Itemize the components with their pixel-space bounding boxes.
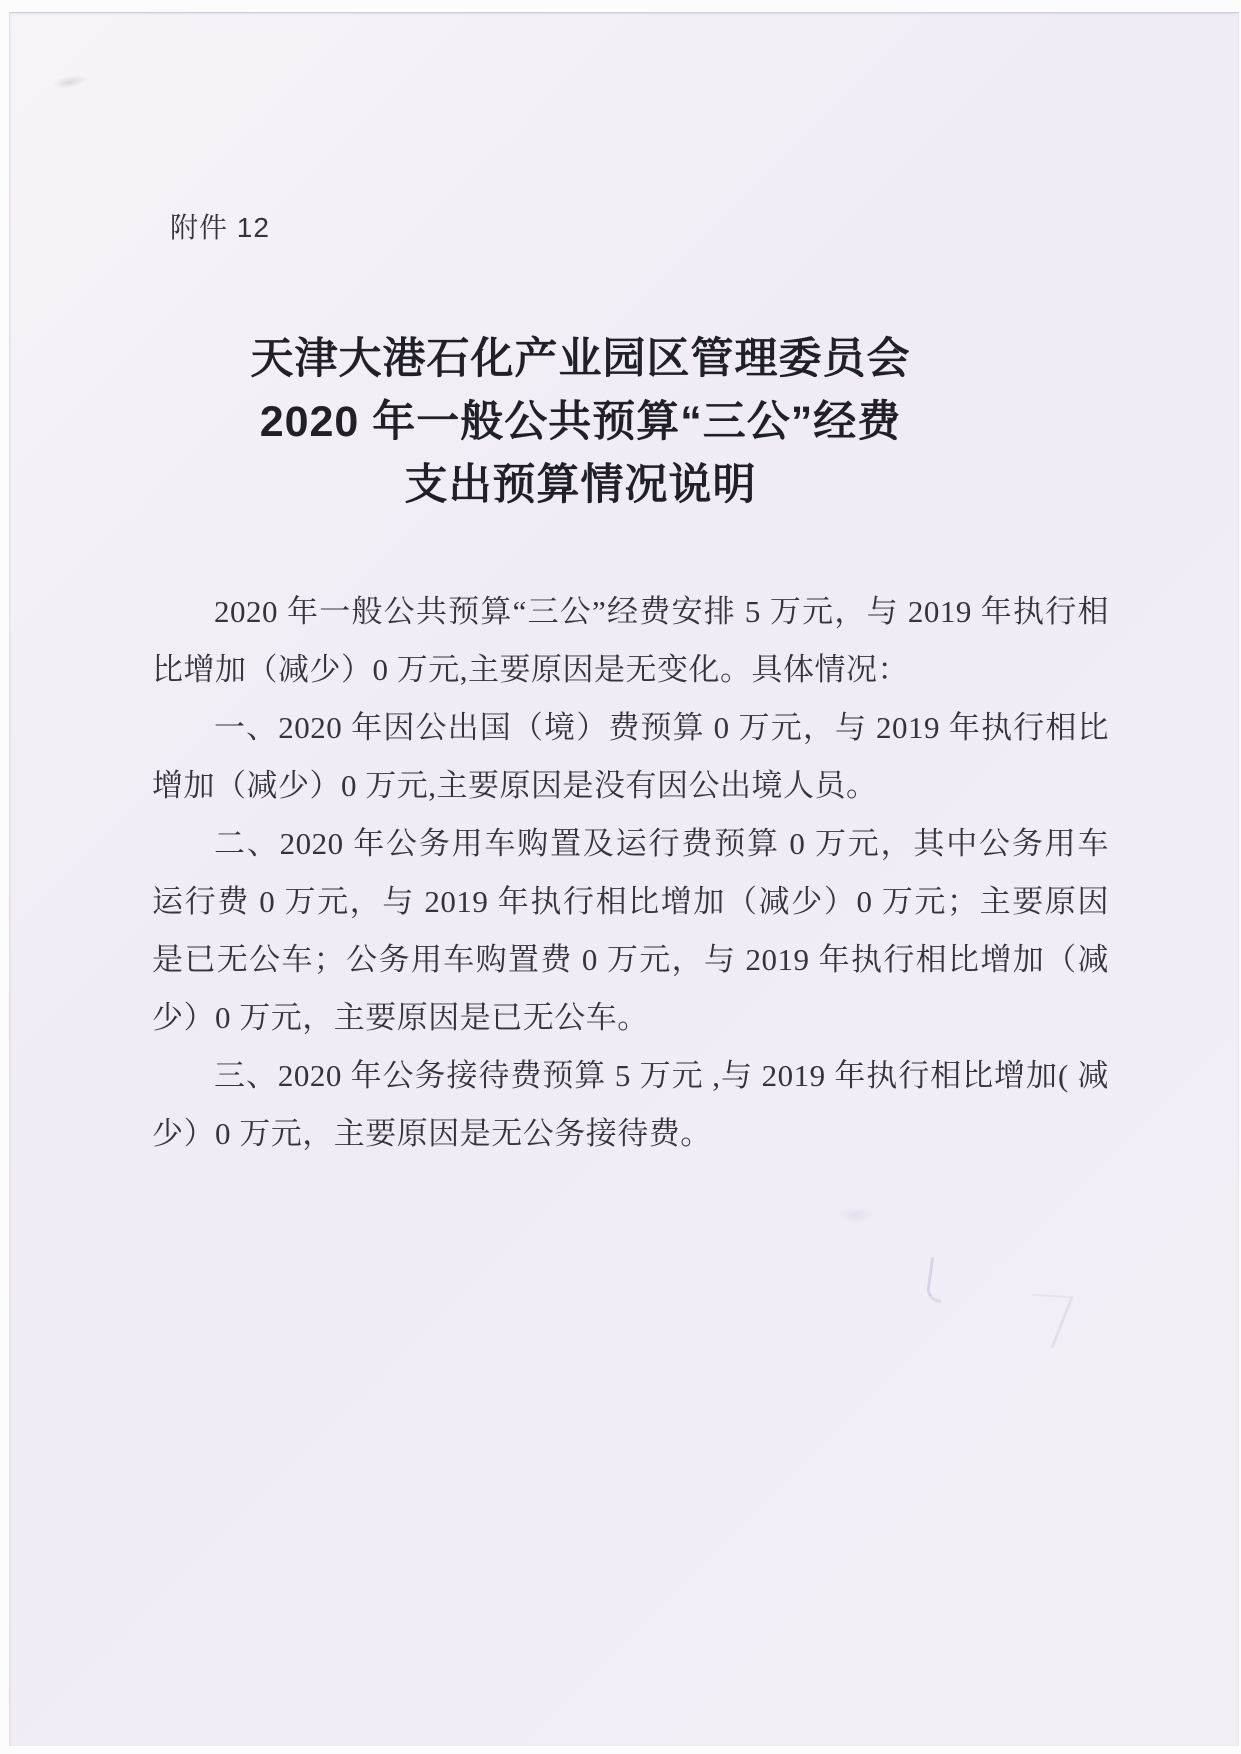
body-line: 是已无公车；公务用车购置费 0 万元，与 2019 年执行相比增加（减 — [152, 931, 1109, 989]
title-line-2: 2020 年一般公共预算“三公”经费 — [100, 391, 1061, 454]
body-line: 运行费 0 万元，与 2019 年执行相比增加（减少）0 万元；主要原因 — [152, 873, 1109, 931]
document-title: 天津大港石化产业园区管理委员会 2020 年一般公共预算“三公”经费 支出预算情… — [100, 328, 1061, 517]
title-line-1: 天津大港石化产业园区管理委员会 — [100, 328, 1061, 391]
document-body: 2020 年一般公共预算“三公”经费安排 5 万元，与 2019 年执行相 比增… — [152, 583, 1109, 1163]
body-line: 增加（减少）0 万元,主要原因是没有因公出境人员。 — [152, 757, 1109, 815]
body-line: 二、2020 年公务用车购置及运行费预算 0 万元，其中公务用车 — [152, 815, 1109, 873]
title-line-3: 支出预算情况说明 — [100, 454, 1061, 517]
body-line: 比增加（减少）0 万元,主要原因是无变化。具体情况： — [152, 641, 1109, 699]
body-line: 少）0 万元，主要原因是无公务接待费。 — [152, 1105, 1109, 1163]
body-line: 少）0 万元，主要原因是已无公车。 — [152, 989, 1109, 1047]
body-line: 一、2020 年因公出国（境）费预算 0 万元，与 2019 年执行相比 — [152, 699, 1109, 757]
attachment-label: 附件 12 — [170, 208, 270, 248]
body-line: 2020 年一般公共预算“三公”经费安排 5 万元，与 2019 年执行相 — [152, 583, 1109, 641]
body-line: 三、2020 年公务接待费预算 5 万元 ,与 2019 年执行相比增加( 减 — [152, 1047, 1109, 1105]
